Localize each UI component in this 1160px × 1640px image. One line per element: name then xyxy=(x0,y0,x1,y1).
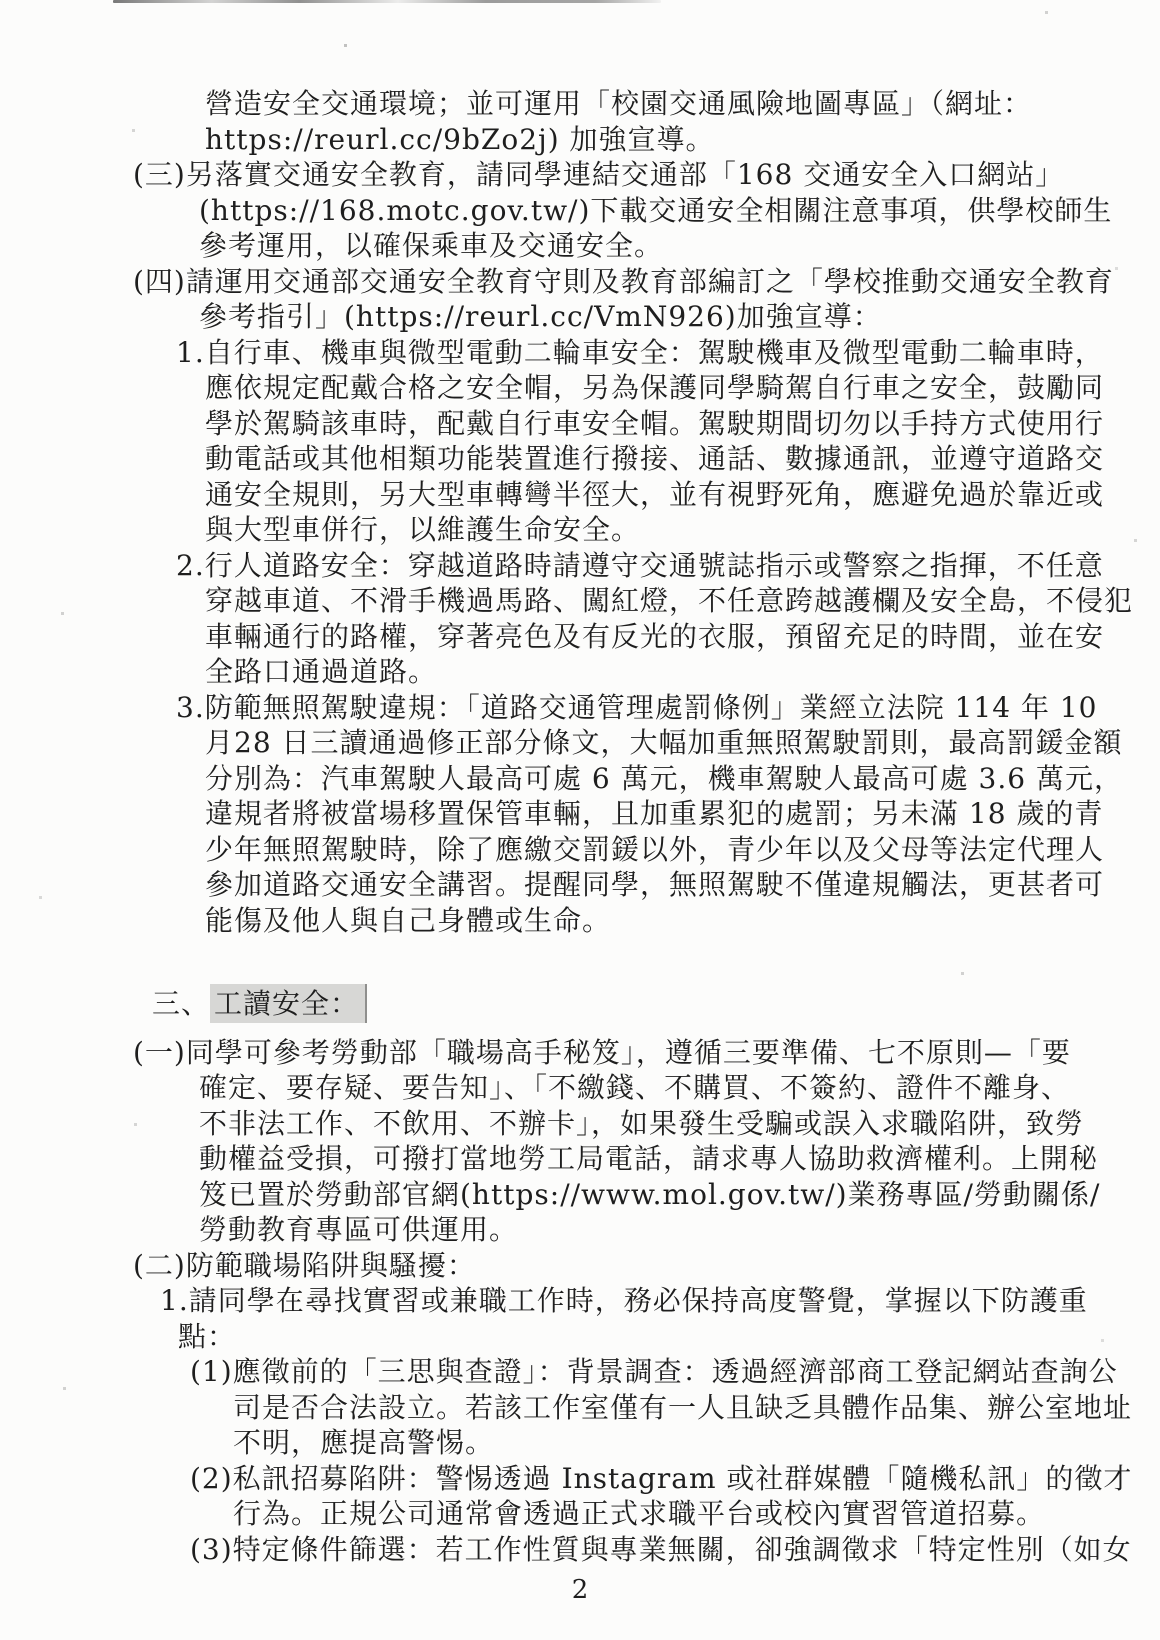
text-line: 參考指引」(https://reurl.cc/VmN926)加強宣導： xyxy=(0,299,1160,335)
text-line-content: (2)私訊招募陷阱：警惕透過 Instagram 或社群媒體「隨機私訊」的徵才 xyxy=(190,1462,1132,1495)
text-line: 3.防範無照駕駛違規：「道路交通管理處罰條例」業經立法院 114 年 10 xyxy=(0,690,1160,726)
text-line-content: (3)特定條件篩選：若工作性質與專業無關，卻強調徵求「特定性別（如女 xyxy=(190,1533,1132,1566)
text-line-content: 參考指引」(https://reurl.cc/VmN926)加強宣導： xyxy=(199,300,882,333)
text-line-content: 車輛通行的路權，穿著亮色及有反光的衣服，預留充足的時間，並在安 xyxy=(205,620,1104,653)
text-line: (一)同學可參考勞動部「職場高手秘笈」，遵循三要準備、七不原則—「要 xyxy=(0,1035,1160,1071)
text-line: 點： xyxy=(0,1319,1160,1355)
text-line-content: 學於駕騎該車時，配戴自行車安全帽。駕駛期間切勿以手持方式使用行 xyxy=(205,407,1104,440)
document-body: 營造安全交通環境；並可運用「校園交通風險地圖專區」（網址：https://reu… xyxy=(0,0,1160,1605)
text-line: (1)應徵前的「三思與查證」：背景調查：透過經濟部商工登記網站查詢公 xyxy=(0,1354,1160,1390)
text-line-content: 不非法工作、不飲用、不辦卡」，如果發生受騙或誤入求職陷阱，致勞 xyxy=(199,1107,1084,1140)
text-line: (3)特定條件篩選：若工作性質與專業無關，卻強調徵求「特定性別（如女 xyxy=(0,1532,1160,1568)
text-line: 少年無照駕駛時，除了應繳交罰鍰以外，青少年以及父母等法定代理人 xyxy=(0,832,1160,868)
text-line: 違規者將被當場移置保管車輛，且加重累犯的處罰；另未滿 18 歲的青 xyxy=(0,796,1160,832)
text-line: 行為。正規公司通常會透過正式求職平台或校內實習管道招募。 xyxy=(0,1496,1160,1532)
text-line: 動電話或其他相類功能裝置進行撥接、通話、數據通訊，並遵守道路交 xyxy=(0,441,1160,477)
text-line-content: 少年無照駕駛時，除了應繳交罰鍰以外，青少年以及父母等法定代理人 xyxy=(205,833,1104,866)
text-line: 營造安全交通環境；並可運用「校園交通風險地圖專區」（網址： xyxy=(0,86,1160,122)
text-line: 分別為：汽車駕駛人最高可處 6 萬元，機車駕駛人最高可處 3.6 萬元， xyxy=(0,761,1160,797)
text-line-content: (四)請運用交通部交通安全教育守則及教育部編訂之「學校推動交通安全教育 xyxy=(133,265,1114,298)
text-line-content: 通安全規則，另大型車轉彎半徑大，並有視野死角，應避免過於靠近或 xyxy=(205,478,1104,511)
text-line: 1.自行車、機車與微型電動二輪車安全：駕駛機車及微型電動二輪車時， xyxy=(0,335,1160,371)
text-line-content: (三)另落實交通安全教育，請同學連結交通部「168 交通安全入口網站」 xyxy=(133,158,1064,191)
document-page: 營造安全交通環境；並可運用「校園交通風險地圖專區」（網址：https://reu… xyxy=(0,0,1160,1640)
text-line: 勞動教育專區可供運用。 xyxy=(0,1212,1160,1248)
text-line-content: 確定、要存疑、要告知」、「不繳錢、不購買、不簽約、證件不離身、 xyxy=(199,1071,1070,1104)
text-line: 動權益受損，可撥打當地勞工局電話，請求專人協助救濟權利。上開秘 xyxy=(0,1141,1160,1177)
text-line-content: 營造安全交通環境；並可運用「校園交通風險地圖專區」（網址： xyxy=(205,87,1032,120)
text-line: 穿越車道、不滑手機過馬路、闖紅燈，不任意跨越護欄及安全島，不侵犯 xyxy=(0,583,1160,619)
text-line: 車輛通行的路權，穿著亮色及有反光的衣服，預留充足的時間，並在安 xyxy=(0,619,1160,655)
text-line: (https://168.motc.gov.tw/)下載交通安全相關注意事項，供… xyxy=(0,193,1160,229)
text-line-content: 司是否合法設立。若該工作室僅有一人且缺乏具體作品集、辦公室地址 xyxy=(233,1391,1132,1424)
text-line-content: 不明，應提高警惕。 xyxy=(233,1426,494,1459)
text-line-content: 3.防範無照駕駛違規：「道路交通管理處罰條例」業經立法院 114 年 10 xyxy=(176,691,1098,724)
text-line-content: (一)同學可參考勞動部「職場高手秘笈」，遵循三要準備、七不原則—「要 xyxy=(133,1036,1071,1069)
text-line-content: 1.自行車、機車與微型電動二輪車安全：駕駛機車及微型電動二輪車時， xyxy=(176,336,1104,369)
section-heading: 三、工讀安全： xyxy=(0,986,1160,1022)
text-line: (三)另落實交通安全教育，請同學連結交通部「168 交通安全入口網站」 xyxy=(0,157,1160,193)
text-line: 笈已置於勞動部官網(https://www.mol.gov.tw/)業務專區/勞… xyxy=(0,1177,1160,1213)
text-line-content: 參加道路交通安全講習。提醒同學，無照駕駛不僅違規觸法，更甚者可 xyxy=(205,868,1104,901)
text-line-content: https://reurl.cc/9bZo2j) 加強宣導。 xyxy=(205,123,715,156)
text-line-content: 點： xyxy=(178,1320,236,1353)
text-line: 應依規定配戴合格之安全帽，另為保護同學騎駕自行車之安全，鼓勵同 xyxy=(0,370,1160,406)
text-line-content: 分別為：汽車駕駛人最高可處 6 萬元，機車駕駛人最高可處 3.6 萬元， xyxy=(205,762,1123,795)
text-line: 參加道路交通安全講習。提醒同學，無照駕駛不僅違規觸法，更甚者可 xyxy=(0,867,1160,903)
text-line-content: 參考運用，以確保乘車及交通安全。 xyxy=(199,229,663,262)
text-line: 參考運用，以確保乘車及交通安全。 xyxy=(0,228,1160,264)
section-heading-number: 三、 xyxy=(152,987,210,1020)
section-heading-highlighted-title: 工讀安全： xyxy=(210,984,367,1023)
text-line-content: 穿越車道、不滑手機過馬路、闖紅燈，不任意跨越護欄及安全島，不侵犯 xyxy=(205,584,1133,617)
text-line-content: (1)應徵前的「三思與查證」：背景調查：透過經濟部商工登記網站查詢公 xyxy=(190,1355,1118,1388)
page-number: 2 xyxy=(0,1575,1160,1605)
text-line: (二)防範職場陷阱與騷擾： xyxy=(0,1248,1160,1284)
text-line: 2.行人道路安全：穿越道路時請遵守交通號誌指示或警察之指揮，不任意 xyxy=(0,548,1160,584)
text-line-content: 違規者將被當場移置保管車輛，且加重累犯的處罰；另未滿 18 歲的青 xyxy=(205,797,1103,830)
text-line: 月28 日三讀通過修正部分條文，大幅加重無照駕駛罰則，最高罰鍰金額 xyxy=(0,725,1160,761)
text-line-content: 應依規定配戴合格之安全帽，另為保護同學騎駕自行車之安全，鼓勵同 xyxy=(205,371,1104,404)
text-line: 不非法工作、不飲用、不辦卡」，如果發生受騙或誤入求職陷阱，致勞 xyxy=(0,1106,1160,1142)
text-line: 全路口通過道路。 xyxy=(0,654,1160,690)
text-line: (2)私訊招募陷阱：警惕透過 Instagram 或社群媒體「隨機私訊」的徵才 xyxy=(0,1461,1160,1497)
text-line-content: 全路口通過道路。 xyxy=(205,655,437,688)
text-line: 通安全規則，另大型車轉彎半徑大，並有視野死角，應避免過於靠近或 xyxy=(0,477,1160,513)
text-line: 1.請同學在尋找實習或兼職工作時，務必保持高度警覺，掌握以下防護重 xyxy=(0,1283,1160,1319)
text-line-content: 1.請同學在尋找實習或兼職工作時，務必保持高度警覺，掌握以下防護重 xyxy=(160,1284,1088,1317)
text-line: https://reurl.cc/9bZo2j) 加強宣導。 xyxy=(0,122,1160,158)
text-line-content: (二)防範職場陷阱與騷擾： xyxy=(133,1249,476,1282)
text-line-content: 勞動教育專區可供運用。 xyxy=(199,1213,518,1246)
text-line: 與大型車併行，以維護生命安全。 xyxy=(0,512,1160,548)
text-line-content: 動電話或其他相類功能裝置進行撥接、通話、數據通訊，並遵守道路交 xyxy=(205,442,1104,475)
text-line-content: 2.行人道路安全：穿越道路時請遵守交通號誌指示或警察之指揮，不任意 xyxy=(176,549,1104,582)
text-line: 確定、要存疑、要告知」、「不繳錢、不購買、不簽約、證件不離身、 xyxy=(0,1070,1160,1106)
text-line: 不明，應提高警惕。 xyxy=(0,1425,1160,1461)
text-line-content: (https://168.motc.gov.tw/)下載交通安全相關注意事項，供… xyxy=(199,194,1112,227)
text-line: 司是否合法設立。若該工作室僅有一人且缺乏具體作品集、辦公室地址 xyxy=(0,1390,1160,1426)
text-line: (四)請運用交通部交通安全教育守則及教育部編訂之「學校推動交通安全教育 xyxy=(0,264,1160,300)
text-line-content: 月28 日三讀通過修正部分條文，大幅加重無照駕駛罰則，最高罰鍰金額 xyxy=(205,726,1123,759)
text-line-content: 能傷及他人與自己身體或生命。 xyxy=(205,904,611,937)
text-line: 能傷及他人與自己身體或生命。 xyxy=(0,903,1160,939)
text-line-content: 行為。正規公司通常會透過正式求職平台或校內實習管道招募。 xyxy=(233,1497,1045,1530)
text-line: 學於駕騎該車時，配戴自行車安全帽。駕駛期間切勿以手持方式使用行 xyxy=(0,406,1160,442)
text-line-content: 與大型車併行，以維護生命安全。 xyxy=(205,513,640,546)
text-line-content: 動權益受損，可撥打當地勞工局電話，請求專人協助救濟權利。上開秘 xyxy=(199,1142,1098,1175)
text-line-content: 笈已置於勞動部官網(https://www.mol.gov.tw/)業務專區/勞… xyxy=(199,1178,1100,1211)
